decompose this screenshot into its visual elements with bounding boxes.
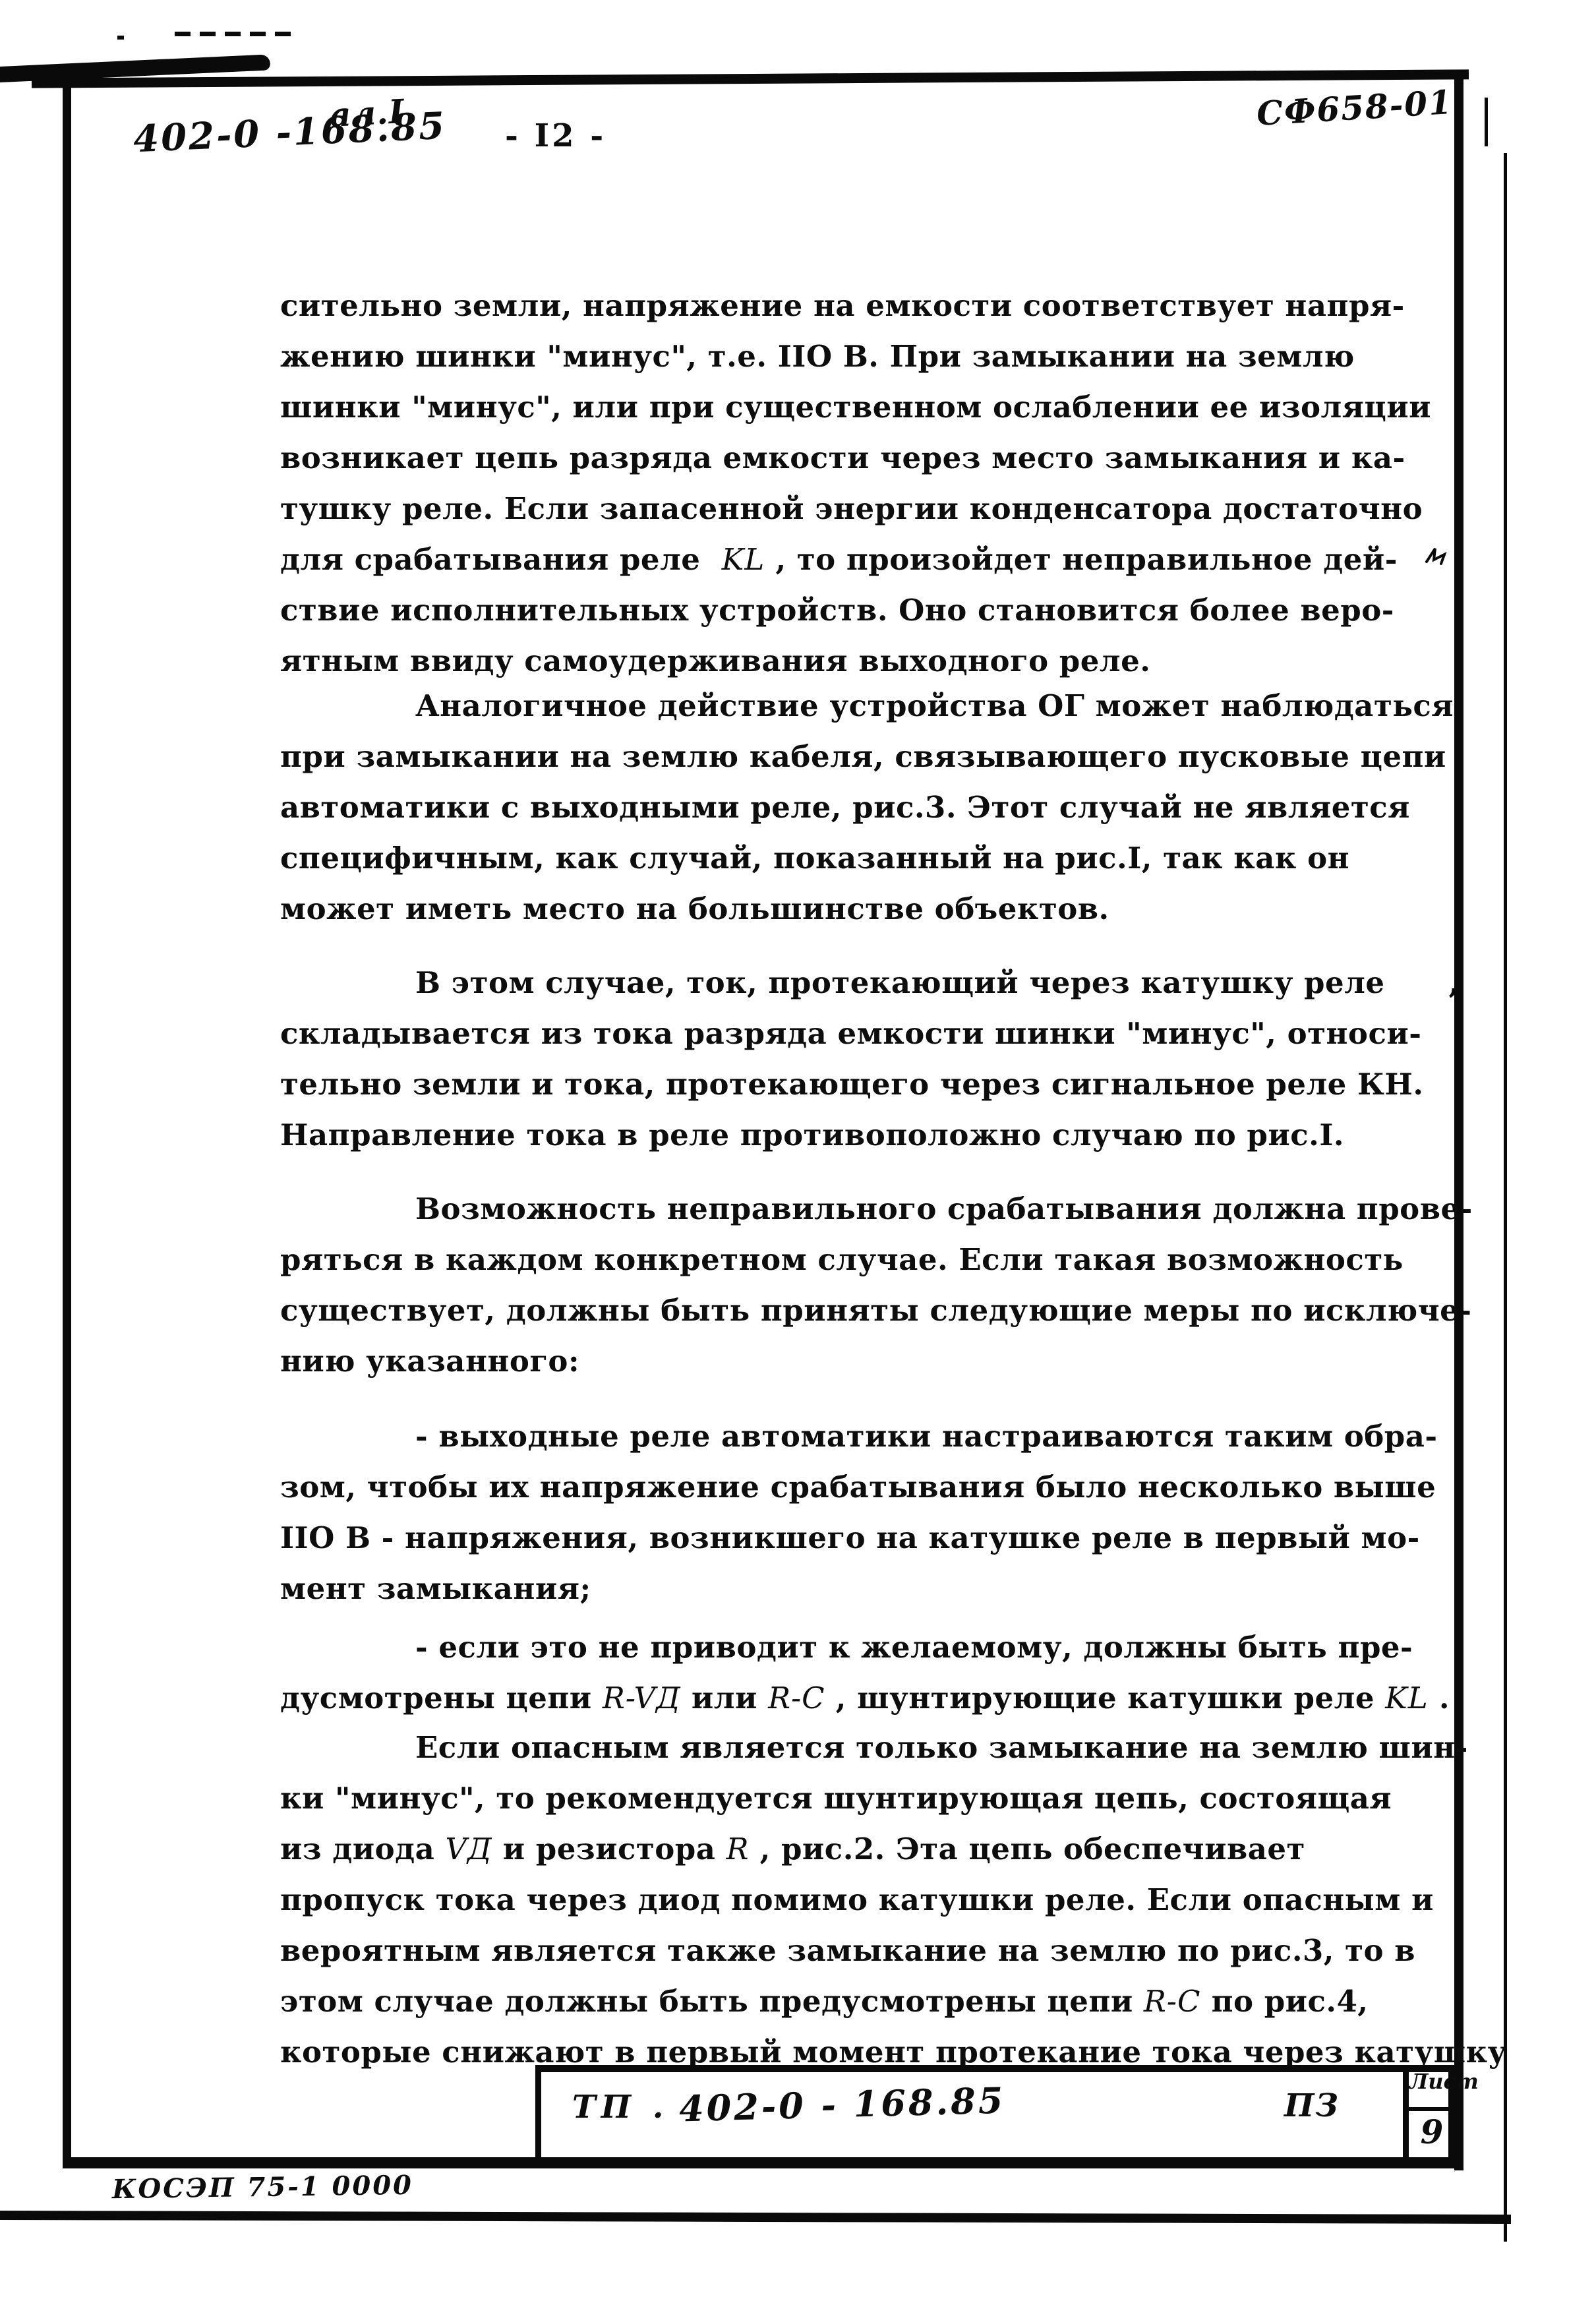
typewritten-text: Направление тока в реле противоположно с… [280, 1118, 1344, 1152]
text-line: вероятным является также замыкание на зе… [280, 1925, 1401, 1976]
handwritten-footer-code: КОСЭП 75-1 0000 [112, 2170, 414, 2205]
text-line: из диода VД и резистора R , рис.2. Эта ц… [280, 1824, 1401, 1874]
paragraph: Возможность неправильного срабатывания д… [280, 1183, 1401, 1387]
text-line: тушку реле. Если запасенной энергии конд… [280, 483, 1401, 534]
text-line: - выходные реле автоматики настраиваются… [280, 1411, 1401, 1462]
text-line: автоматики с выходными реле, рис.3. Этот… [280, 782, 1401, 833]
text-line: тельно земли и тока, протекающего через … [280, 1059, 1401, 1110]
typewritten-text: ятным ввиду самоудерживания выходного ре… [280, 643, 1150, 678]
typewritten-text: из диода [280, 1832, 445, 1866]
text-line: складывается из тока разряда емкости шин… [280, 1008, 1401, 1059]
text-line: для срабатывания реле KL , то произойдет… [280, 534, 1401, 585]
text-line: специфичным, как случай, показанный на р… [280, 833, 1401, 883]
body-text: сительно земли, напряжение на емкости со… [0, 0, 1596, 2297]
typewritten-text: сительно земли, напряжение на емкости со… [280, 288, 1405, 323]
typewritten-text: нию указанного: [280, 1344, 579, 1379]
handwritten-symbol: VД [445, 1832, 492, 1866]
typewritten-text: жению шинки "минус", т.е. IIO В. При зам… [280, 339, 1355, 374]
typewritten-text: ряться в каждом конкретном случае. Если … [280, 1242, 1404, 1277]
handwritten-symbol: R-C [1144, 1984, 1201, 2019]
text-line: - если это не приводит к желаемому, долж… [280, 1622, 1401, 1673]
text-line: ствие исполнительных устройств. Оно стан… [280, 585, 1401, 636]
sheet-cell-divider [1409, 2107, 1454, 2111]
typewritten-text: шинки "минус", или при существенном осла… [280, 390, 1431, 425]
typewritten-text: IIO В - напряжения, возникшего на катушк… [280, 1520, 1420, 1555]
text-line: ряться в каждом конкретном случае. Если … [280, 1234, 1401, 1285]
text-line: Возможность неправильного срабатывания д… [280, 1183, 1401, 1234]
typewritten-text: . [1429, 1681, 1450, 1715]
text-line: Аналогичное действие устройства ОГ может… [280, 680, 1401, 731]
handwritten-symbol: KL [1385, 1681, 1429, 1715]
typewritten-text: складывается из тока разряда емкости шин… [280, 1016, 1421, 1051]
paragraph: - если это не приводит к желаемому, долж… [280, 1622, 1401, 1723]
text-line: ятным ввиду самоудерживания выходного ре… [280, 636, 1401, 686]
typewritten-text: мент замыкания; [280, 1571, 591, 1606]
typewritten-text: и резистора [492, 1832, 726, 1866]
doc-type-code: ПЗ [1284, 2087, 1340, 2124]
typewritten-text: пропуск тока через диод помимо катушки р… [280, 1882, 1434, 1917]
text-line: ки "минус", то рекомендуется шунтирующая… [280, 1773, 1401, 1824]
text-line: мент замыкания; [280, 1563, 1401, 1614]
typewritten-text: ки "минус", то рекомендуется шунтирующая… [280, 1781, 1392, 1816]
text-line: пропуск тока через диод помимо катушки р… [280, 1874, 1401, 1925]
typewritten-text: возникает цепь разряда емкости через мес… [280, 440, 1405, 475]
text-line: шинки "минус", или при существенном осла… [280, 382, 1401, 433]
text-line: нию указанного: [280, 1336, 1401, 1387]
typewritten-text: - если это не приводит к желаемому, долж… [415, 1630, 1413, 1665]
handwritten-symbol: R-C [768, 1681, 825, 1715]
typewritten-text: , шунтирующие катушки реле [825, 1681, 1386, 1715]
pen-mark-squiggle [1423, 542, 1452, 571]
text-line: при замыкании на землю кабеля, связывающ… [280, 731, 1401, 782]
typewritten-text: Возможность неправильного срабатывания д… [415, 1191, 1473, 1226]
doc-type-prefix: ТП . [572, 2089, 669, 2126]
paragraph: В этом случае, ток, протекающий через ка… [280, 957, 1401, 1160]
typewritten-text: тушку реле. Если запасенной энергии конд… [280, 491, 1423, 526]
typewritten-text: существует, должны быть приняты следующи… [280, 1293, 1472, 1328]
title-block-divider [1403, 2065, 1409, 2157]
scanned-document-page: 402-0 -168.85 ал.I - I2 - СФ658-01 сител… [0, 0, 1596, 2297]
text-line: существует, должны быть приняты следующи… [280, 1285, 1401, 1336]
typewritten-text: при замыкании на землю кабеля, связывающ… [280, 739, 1446, 774]
paragraph: - выходные реле автоматики настраиваются… [280, 1411, 1401, 1614]
text-line: Направление тока в реле противоположно с… [280, 1110, 1401, 1160]
handwritten-symbol: KL [722, 542, 765, 577]
typewritten-text: тельно земли и тока, протекающего через … [280, 1067, 1424, 1102]
sheet-label: Лист [1409, 2069, 1454, 2094]
typewritten-text: дусмотрены цепи [280, 1681, 603, 1715]
paragraph: Если опасным является только замыкание н… [280, 1722, 1401, 2077]
typewritten-text: Если опасным является только замыкание н… [415, 1730, 1468, 1765]
typewritten-text: автоматики с выходными реле, рис.3. Этот… [280, 790, 1410, 825]
text-line: дусмотрены цепи R-VД или R-C , шунтирующ… [280, 1673, 1401, 1723]
typewritten-text: может иметь место на большинстве объекто… [280, 891, 1109, 926]
text-line: зом, чтобы их напряжение срабатывания бы… [280, 1462, 1401, 1512]
sheet-number: 9 [1409, 2112, 1454, 2151]
typewritten-text: зом, чтобы их напряжение срабатывания бы… [280, 1470, 1436, 1505]
typewritten-text: специфичным, как случай, показанный на р… [280, 841, 1349, 876]
typewritten-text: вероятным является также замыкание на зе… [280, 1933, 1415, 1968]
text-line: жению шинки "минус", т.е. IIO В. При зам… [280, 331, 1401, 382]
typewritten-text: Аналогичное действие устройства ОГ может… [415, 688, 1454, 723]
text-line: этом случае должны быть предусмотрены це… [280, 1976, 1401, 2027]
text-line: В этом случае, ток, протекающий через ка… [280, 957, 1401, 1008]
paragraph: Аналогичное действие устройства ОГ может… [280, 680, 1401, 934]
text-line: IIO В - напряжения, возникшего на катушк… [280, 1512, 1401, 1563]
typewritten-text: В этом случае, ток, протекающий через ка… [415, 965, 1460, 1000]
text-line: Если опасным является только замыкание н… [280, 1722, 1401, 1773]
typewritten-text: для срабатывания реле [280, 542, 722, 577]
typewritten-text: или [681, 1681, 768, 1715]
typewritten-text: этом случае должны быть предусмотрены це… [280, 1984, 1144, 2019]
text-line: может иметь место на большинстве объекто… [280, 883, 1401, 934]
typewritten-text: ствие исполнительных устройств. Оно стан… [280, 593, 1394, 628]
handwritten-symbol: R [726, 1832, 750, 1866]
typewritten-text: , рис.2. Эта цепь обеспечивает [749, 1832, 1305, 1866]
handwritten-doc-number: 402-0 - 168.85 [678, 2079, 1006, 2130]
typewritten-text: , то произойдет неправильное дей- [765, 542, 1398, 577]
typewritten-text: - выходные реле автоматики настраиваются… [415, 1419, 1438, 1454]
handwritten-symbol: R-VД [603, 1681, 681, 1715]
text-line: возникает цепь разряда емкости через мес… [280, 433, 1401, 483]
typewritten-text: по рис.4, [1200, 1984, 1368, 2019]
text-line: сительно земли, напряжение на емкости со… [280, 280, 1401, 331]
paragraph: сительно земли, напряжение на емкости со… [280, 280, 1401, 686]
